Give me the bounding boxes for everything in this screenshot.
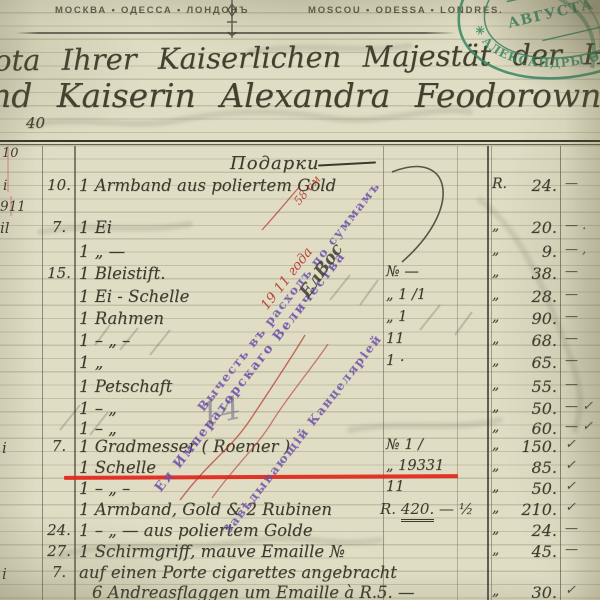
scanned-invoice-page: МОСКВА • ОДЕССА • ЛОНДОНЪ MOSCOU • ODESS… — [0, 0, 600, 600]
corner-stamp-arc — [543, 0, 600, 71]
